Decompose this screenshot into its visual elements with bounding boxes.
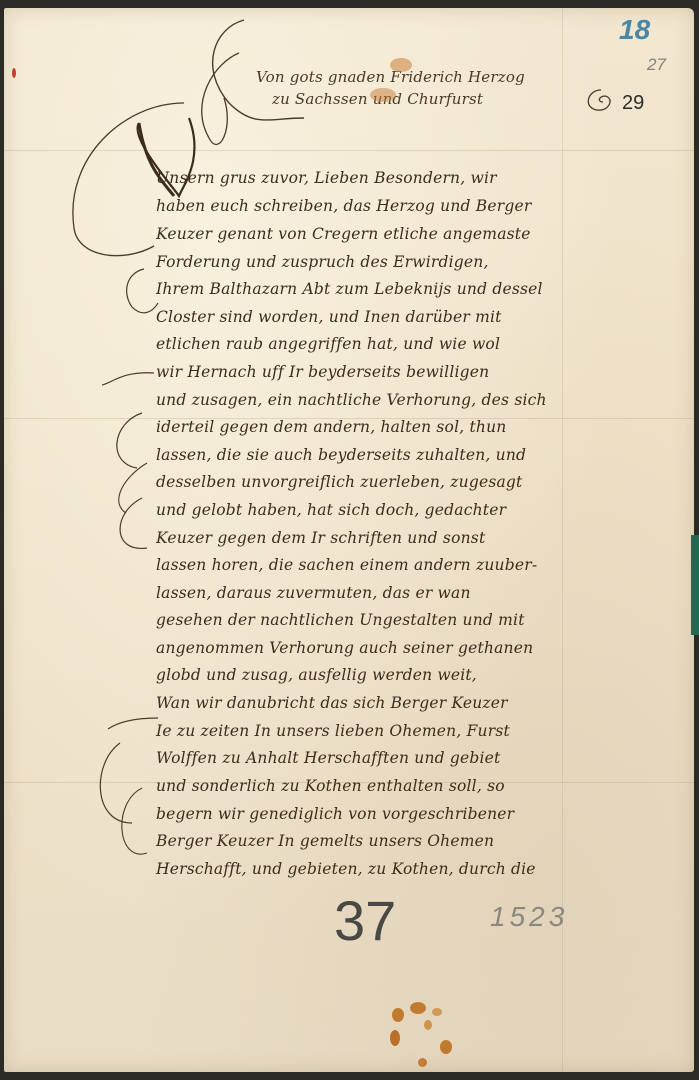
folio-number-blue: 18 bbox=[619, 14, 650, 46]
letter-line-15: lassen horen, die sachen einem andern zu… bbox=[156, 555, 537, 575]
letter-line-8: wir Hernach uff Ir beyderseits bewillige… bbox=[156, 362, 489, 382]
scanned-document: 18 27 29 Von gots gnaden Friderich Herzo… bbox=[0, 0, 699, 1080]
letter-line-14: Keuzer gegen dem Ir schriften und sonst bbox=[156, 528, 485, 548]
letter-line-22: Wolffen zu Anhalt Herschafften und gebie… bbox=[156, 748, 500, 768]
letter-line-11: lassen, die sie auch beyderseits zuhalte… bbox=[156, 445, 526, 465]
letter-line-20: Wan wir danubricht das sich Berger Keuze… bbox=[156, 693, 508, 713]
letter-line-2: haben euch schreiben, das Herzog und Ber… bbox=[156, 196, 531, 216]
letter-line-17: gesehen der nachtlichen Ungestalten und … bbox=[156, 610, 525, 630]
paper-sheet: 18 27 29 Von gots gnaden Friderich Herzo… bbox=[4, 8, 694, 1072]
letter-line-13: und gelobt haben, hat sich doch, gedacht… bbox=[156, 500, 506, 520]
letter-line-24: begern wir genediglich von vorgeschriben… bbox=[156, 804, 514, 824]
pencil-mark-year: 1523 bbox=[490, 901, 568, 933]
rust-stain bbox=[440, 1040, 452, 1054]
letter-line-7: etlichen raub angegriffen hat, und wie w… bbox=[156, 334, 500, 354]
red-mark bbox=[12, 68, 16, 78]
rust-stain bbox=[390, 1030, 400, 1046]
letter-line-4: Forderung und zuspruch des Erwirdigen, bbox=[156, 252, 489, 272]
rust-stain bbox=[370, 88, 396, 102]
letter-line-18: angenommen Verhorung auch seiner gethane… bbox=[156, 638, 533, 658]
letter-line-9: und zusagen, ein nachtliche Verhorung, d… bbox=[156, 390, 547, 410]
letter-line-3: Keuzer genant von Cregern etliche angema… bbox=[156, 224, 531, 244]
rust-stain bbox=[410, 1002, 426, 1014]
letter-line-12: desselben unvorgreiflich zuerleben, zuge… bbox=[156, 472, 523, 492]
heading-flourish-icon bbox=[579, 86, 619, 116]
rust-stain bbox=[418, 1058, 427, 1067]
rust-stain bbox=[432, 1008, 442, 1016]
pencil-mark-29: 29 bbox=[622, 92, 644, 115]
letter-line-21: Ie zu zeiten In unsers lieben Ohemen, Fu… bbox=[156, 721, 510, 741]
address-line-1: Von gots gnaden Friderich Herzog bbox=[256, 68, 525, 86]
letter-line-25: Berger Keuzer In gemelts unsers Ohemen bbox=[156, 831, 494, 851]
paper-fold-line bbox=[4, 150, 694, 151]
margin-flourishes-icon bbox=[92, 263, 162, 883]
letter-line-19: globd und zusag, ausfellig werden weit, bbox=[156, 665, 477, 685]
letter-line-23: und sonderlich zu Kothen enthalten soll,… bbox=[156, 776, 505, 796]
pencil-mark-37: 37 bbox=[334, 888, 396, 953]
letter-line-5: Ihrem Balthazarn Abt zum Lebeknijs und d… bbox=[156, 279, 543, 299]
scanner-color-tab bbox=[691, 535, 699, 635]
letter-line-6: Closter sind worden, und Inen darüber mi… bbox=[156, 307, 502, 327]
letter-line-26: Herschafft, und gebieten, zu Kothen, dur… bbox=[156, 859, 536, 879]
rust-stain bbox=[390, 58, 412, 72]
letter-line-1: Unsern grus zuvor, Lieben Besondern, wir bbox=[156, 168, 497, 188]
pencil-mark-27: 27 bbox=[647, 55, 666, 75]
rust-stain bbox=[424, 1020, 432, 1030]
letter-line-16: lassen, daraus zuvermuten, das er wan bbox=[156, 583, 471, 603]
letter-line-10: iderteil gegen dem andern, halten sol, t… bbox=[156, 417, 506, 437]
rust-stain bbox=[392, 1008, 404, 1022]
